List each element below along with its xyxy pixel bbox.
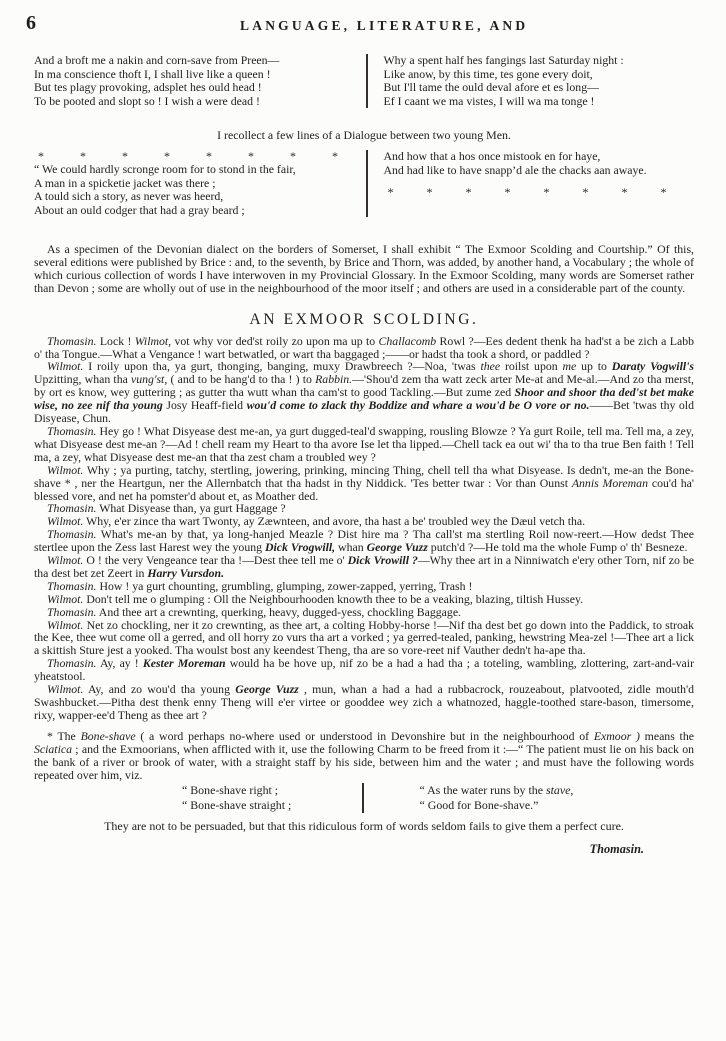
text-run: Lock ! bbox=[97, 334, 135, 348]
italic-text-run: Wilmot. bbox=[47, 618, 83, 632]
italic-text-run: stave bbox=[546, 783, 570, 797]
italic-text-run: vung'st, bbox=[131, 372, 167, 386]
dialogue-paragraph: Wilmot. I roily upon tha, ya gurt, thong… bbox=[34, 360, 694, 425]
italic-text-run: George Vuzz bbox=[367, 540, 428, 554]
dialogue-verse-left-lines: “ We could hardly scronge room for to st… bbox=[34, 163, 366, 217]
page-header: 6 LANGUAGE, LITERATURE, AND bbox=[34, 12, 694, 40]
verse-line: In ma conscience thoft I, I shall live l… bbox=[34, 68, 366, 82]
text-run: * The bbox=[47, 729, 81, 743]
text-run: How ! ya gurt chounting, grumbling, glum… bbox=[97, 579, 473, 593]
dialogue-verse-right-column: And how that a hos once mistook en for h… bbox=[368, 150, 695, 217]
charm-right-column: “ As the water runs by the stave,“ Good … bbox=[364, 783, 574, 812]
verse-line: And had like to have snapp’d ale the cha… bbox=[384, 164, 695, 178]
dialogue-verse-right-lines: And how that a hos once mistook en for h… bbox=[384, 150, 695, 177]
italic-text-run: Wilmot, bbox=[135, 334, 171, 348]
italic-text-run: Thomasin. bbox=[47, 656, 97, 670]
italic-text-run: Wilmot. bbox=[47, 553, 83, 567]
dialogue-section: Thomasin. Lock ! Wilmot, vot why vor ded… bbox=[34, 335, 694, 722]
italic-text-run: thee bbox=[480, 359, 500, 373]
italic-text-run: Challacomb bbox=[379, 334, 437, 348]
text-run: up to bbox=[576, 359, 612, 373]
dialogue-verse-left-column: * * * * * * * * “ We could hardly scrong… bbox=[34, 150, 366, 217]
dialogue-paragraph: Thomasin. Hey go ! What Disyease dest me… bbox=[34, 425, 694, 464]
italic-text-run: Exmoor ) bbox=[594, 729, 640, 743]
text-run: “ Bone-shave right ; bbox=[182, 783, 278, 797]
italic-text-run: Harry Vursdon. bbox=[147, 566, 224, 580]
text-run: “ Good for Bone-shave.” bbox=[420, 798, 539, 812]
text-run: ; and the Exmoorians, when afflicted wit… bbox=[34, 742, 694, 782]
dialogue-verse: * * * * * * * * “ We could hardly scrong… bbox=[34, 150, 694, 217]
verse-line: Like anow, by this time, tes gone every … bbox=[384, 68, 695, 82]
text-run: I roily upon tha, ya gurt, thonging, ban… bbox=[83, 359, 480, 373]
charm-line: “ Good for Bone-shave.” bbox=[420, 798, 574, 813]
italic-text-run: Wilmot. bbox=[47, 359, 83, 373]
specimen-paragraph: As a specimen of the Devonian dialect on… bbox=[34, 243, 694, 295]
dialogue-paragraph: Thomasin. Lock ! Wilmot, vot why vor ded… bbox=[34, 335, 694, 361]
footnote-paragraph: * The Bone-shave ( a word perhaps no-whe… bbox=[34, 730, 694, 782]
verse-line: Ef I caant we ma vistes, I will wa ma to… bbox=[384, 95, 695, 109]
footnote-section: * The Bone-shave ( a word perhaps no-whe… bbox=[34, 730, 694, 833]
text-run: ( and to be hang'd to tha ! ) to bbox=[167, 372, 315, 386]
text-run: Ay, and zo wou'd tha young bbox=[83, 682, 235, 696]
dialogue-paragraph: Wilmot. Ay, and zo wou'd tha young Georg… bbox=[34, 683, 694, 722]
charm-line: “ As the water runs by the stave, bbox=[420, 783, 574, 798]
text-run: roilst upon bbox=[500, 359, 562, 373]
book-page: 6 LANGUAGE, LITERATURE, AND And a broft … bbox=[0, 0, 726, 1041]
charm-left-column: “ Bone-shave right ;“ Bone-shave straigh… bbox=[34, 783, 362, 812]
asterisk-row-bottom: * * * * * * * * bbox=[384, 186, 695, 199]
italic-text-run: Daraty Vogwill's bbox=[612, 359, 694, 373]
italic-text-run: Wilmot. bbox=[47, 514, 83, 528]
verse-line: And a broft me a nakin and corn-save fro… bbox=[34, 54, 366, 68]
charm-line: “ Bone-shave straight ; bbox=[182, 798, 362, 813]
italic-text-run: Kester Moreman bbox=[143, 656, 226, 670]
italic-text-run: Thomasin. bbox=[47, 605, 97, 619]
dialogue-paragraph: Thomasin. What's me-an by that, ya long-… bbox=[34, 528, 694, 554]
text-run: What Disyease than, ya gurt Haggage ? bbox=[97, 501, 286, 515]
italic-text-run: Thomasin. bbox=[47, 527, 97, 541]
italic-text-run: Thomasin. bbox=[47, 334, 97, 348]
italic-text-run: Rabbin. bbox=[315, 372, 352, 386]
page-number: 6 bbox=[26, 12, 36, 35]
italic-text-run: Wilmot. bbox=[47, 592, 83, 606]
text-run: whan bbox=[335, 540, 366, 554]
verse-line: A tould sich a story, as never was heerd… bbox=[34, 190, 366, 204]
text-run: Why, e'er zince tha wart Twonty, ay Zæwn… bbox=[83, 514, 585, 528]
verse-line: A man in a spicketie jacket was there ; bbox=[34, 177, 366, 191]
italic-text-run: Thomasin. bbox=[47, 501, 97, 515]
italic-text-run: Sciatica bbox=[34, 742, 72, 756]
verse-line: “ We could hardly scronge room for to st… bbox=[34, 163, 366, 177]
section-heading: AN EXMOOR SCOLDING. bbox=[34, 311, 694, 329]
italic-text-run: Bone-shave bbox=[81, 729, 136, 743]
verse-line: But I'll tame the ould deval afore et es… bbox=[384, 81, 695, 95]
intro-line: I recollect a few lines of a Dialogue be… bbox=[34, 128, 694, 142]
verse-line: To be pooted and slopt so ! I wish a wer… bbox=[34, 95, 366, 109]
text-run: Net zo chockling, ner it zo crewnting, a… bbox=[34, 618, 694, 658]
text-run: “ Bone-shave straight ; bbox=[182, 798, 291, 812]
text-run: Ay, ay ! bbox=[97, 656, 143, 670]
italic-text-run: Thomasin. bbox=[47, 579, 97, 593]
text-run: means the bbox=[640, 729, 694, 743]
text-run: Hey go ! What Disyease dest me-an, ya gu… bbox=[34, 424, 694, 464]
opening-verse: And a broft me a nakin and corn-save fro… bbox=[34, 54, 694, 108]
dialogue-paragraph: Wilmot. Why ; ya purting, tatchy, stertl… bbox=[34, 464, 694, 503]
opening-verse-right-column: Why a spent half hes fangings last Satur… bbox=[368, 54, 695, 108]
italic-text-run: wou'd come to zlack thy Boddize and whar… bbox=[247, 398, 590, 412]
footnote-closing: They are not to be persuaded, but that t… bbox=[34, 819, 694, 833]
text-run: , bbox=[570, 783, 573, 797]
italic-text-run: Dick Vrogwill, bbox=[265, 540, 335, 554]
verse-line: Why a spent half hes fangings last Satur… bbox=[384, 54, 695, 68]
opening-verse-left-column: And a broft me a nakin and corn-save fro… bbox=[34, 54, 366, 108]
dialogue-paragraph: Thomasin. Ay, ay ! Kester Moreman would … bbox=[34, 657, 694, 683]
running-header: LANGUAGE, LITERATURE, AND bbox=[240, 18, 528, 34]
verse-line: But tes plagy provoking, adsplet hes oul… bbox=[34, 81, 366, 95]
text-run: And thee art a crewnting, querking, heav… bbox=[97, 605, 462, 619]
text-run: vot why vor ded'st roily zo upon ma up t… bbox=[171, 334, 378, 348]
charm-line: “ Bone-shave right ; bbox=[182, 783, 362, 798]
verse-line: And how that a hos once mistook en for h… bbox=[384, 150, 695, 164]
text-run: Don't tell me o glumping : Oll the Neigh… bbox=[83, 592, 583, 606]
catchword: Thomasin. bbox=[34, 842, 694, 857]
text-run: putch'd ?—He told ma the whole Fump o' t… bbox=[428, 540, 688, 554]
dialogue-paragraph: Wilmot. Net zo chockling, ner it zo crew… bbox=[34, 619, 694, 658]
text-run: ( a word perhaps no-where used or unders… bbox=[136, 729, 594, 743]
italic-text-run: Annis Moreman bbox=[572, 476, 648, 490]
verse-line: About an ould codger that had a gray bea… bbox=[34, 204, 366, 218]
italic-text-run: Thomasin. bbox=[47, 424, 97, 438]
italic-text-run: Dick Vrowill ? bbox=[348, 553, 418, 567]
text-run: Upzitting, whan tha bbox=[34, 372, 131, 386]
italic-text-run: Wilmot. bbox=[47, 463, 83, 477]
italic-text-run: me bbox=[563, 359, 577, 373]
text-run: Josy Heaff-field bbox=[163, 398, 247, 412]
charm-verse: “ Bone-shave right ;“ Bone-shave straigh… bbox=[34, 783, 694, 812]
dialogue-paragraph: Wilmot. O ! the very Vengeance tear tha … bbox=[34, 554, 694, 580]
italic-text-run: Wilmot. bbox=[47, 682, 83, 696]
italic-text-run: George Vuzz bbox=[235, 682, 299, 696]
text-run: “ As the water runs by the bbox=[420, 783, 546, 797]
text-run: O ! the very Vengeance tear tha !—Dest t… bbox=[83, 553, 347, 567]
